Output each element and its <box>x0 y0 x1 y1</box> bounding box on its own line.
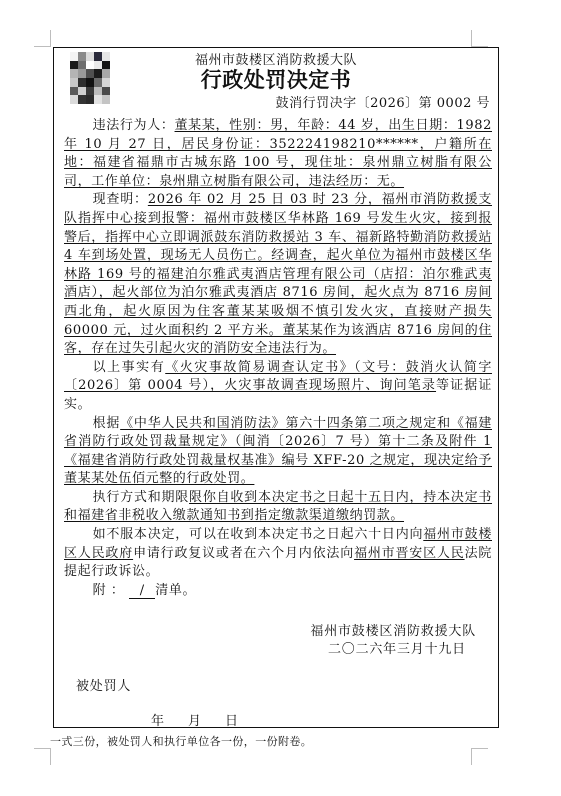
attachment-line: 附 ： /清单。 <box>64 582 492 601</box>
attachment-value: / <box>129 584 155 599</box>
document-number: 鼓消行罚决字〔2026〕第 0002 号 <box>276 92 490 111</box>
signing-organization: 福州市鼓楼区消防救援大队 <box>310 620 476 639</box>
document-title: 行政处罚决定书 <box>54 64 498 94</box>
attachment-suffix: 清单。 <box>155 583 196 598</box>
recipient-date-year: 年 <box>151 710 164 729</box>
legal-basis-details: 《中华人民共和国消防法》第六十四条第二项之规定和《福建省消防行政处罚裁量规定》（… <box>64 416 492 487</box>
facts-paragraph: 现查明：2026 年 02 月 25 日 03 时 23 分，福州市消防救援支队… <box>64 191 492 358</box>
margin-corner-top-right <box>471 30 488 47</box>
recipient-signature-label: 被处罚人 <box>76 675 131 694</box>
offender-paragraph: 违法行为人：董某某，性别：男，年龄：44 岁，出生日期：1982 年 10 月 … <box>64 117 492 191</box>
document-frame: 福州市鼓楼区消防救援大队 行政处罚决定书 鼓消行罚决字〔2026〕第 0002 … <box>53 47 499 728</box>
recipient-date-day: 日 <box>225 710 238 729</box>
court-name: 福州市晋安区人民 <box>354 546 465 561</box>
recipient-date-month: 月 <box>188 710 201 729</box>
remedy-text-2: 申请行政复议或者在六个月内依法向 <box>133 546 354 561</box>
document-body: 违法行为人：董某某，性别：男，年龄：44 岁，出生日期：1982 年 10 月 … <box>64 117 492 600</box>
copies-footnote: 一式三份，被处罚人和执行单位各一份，一份附卷。 <box>50 733 312 749</box>
execution-paragraph: 执行方式和期限限你自收到本决定书之日起十五日内，持本决定书和福建省非税收入缴款通… <box>64 489 492 526</box>
legal-basis-prefix: 根据 <box>93 416 121 431</box>
facts-details: 2026 年 02 月 25 日 03 时 23 分，福州市消防救援支队指挥中心… <box>64 192 492 356</box>
facts-label: 现查明： <box>93 192 148 207</box>
evidence-paragraph: 以上事实有《火灾事故简易调查认定书》（文号：鼓消火认简字〔2026〕第 0004… <box>64 359 492 415</box>
margin-corner-bottom-right <box>471 748 488 765</box>
mosaic-cell <box>94 95 102 104</box>
signing-date: 二〇二六年三月十九日 <box>328 638 466 657</box>
offender-label: 违法行为人： <box>93 118 175 133</box>
legal-basis-paragraph: 根据《中华人民共和国消防法》第六十四条第二项之规定和《福建省消防行政处罚裁量规定… <box>64 415 492 489</box>
margin-corner-bottom-left <box>34 748 51 765</box>
evidence-prefix: 以上事实有 <box>93 360 166 375</box>
remedy-paragraph: 如不服本决定，可以在收到本决定书之日起六十日内向福州市鼓楼区人民政府申请行政复议… <box>64 526 492 582</box>
mosaic-cell <box>102 95 110 104</box>
mosaic-cell <box>70 95 78 104</box>
attachment-label: 附 ： <box>93 583 125 598</box>
recipient-date: 年 月 日 <box>151 710 238 729</box>
execution-prefix: 执行方式和期限 <box>93 490 189 505</box>
mosaic-cell <box>78 95 86 104</box>
remedy-text-1: 如不服本决定，可以在收到本决定书之日起六十日内向 <box>93 527 424 542</box>
margin-corner-top-left <box>34 30 51 47</box>
mosaic-cell <box>86 95 94 104</box>
